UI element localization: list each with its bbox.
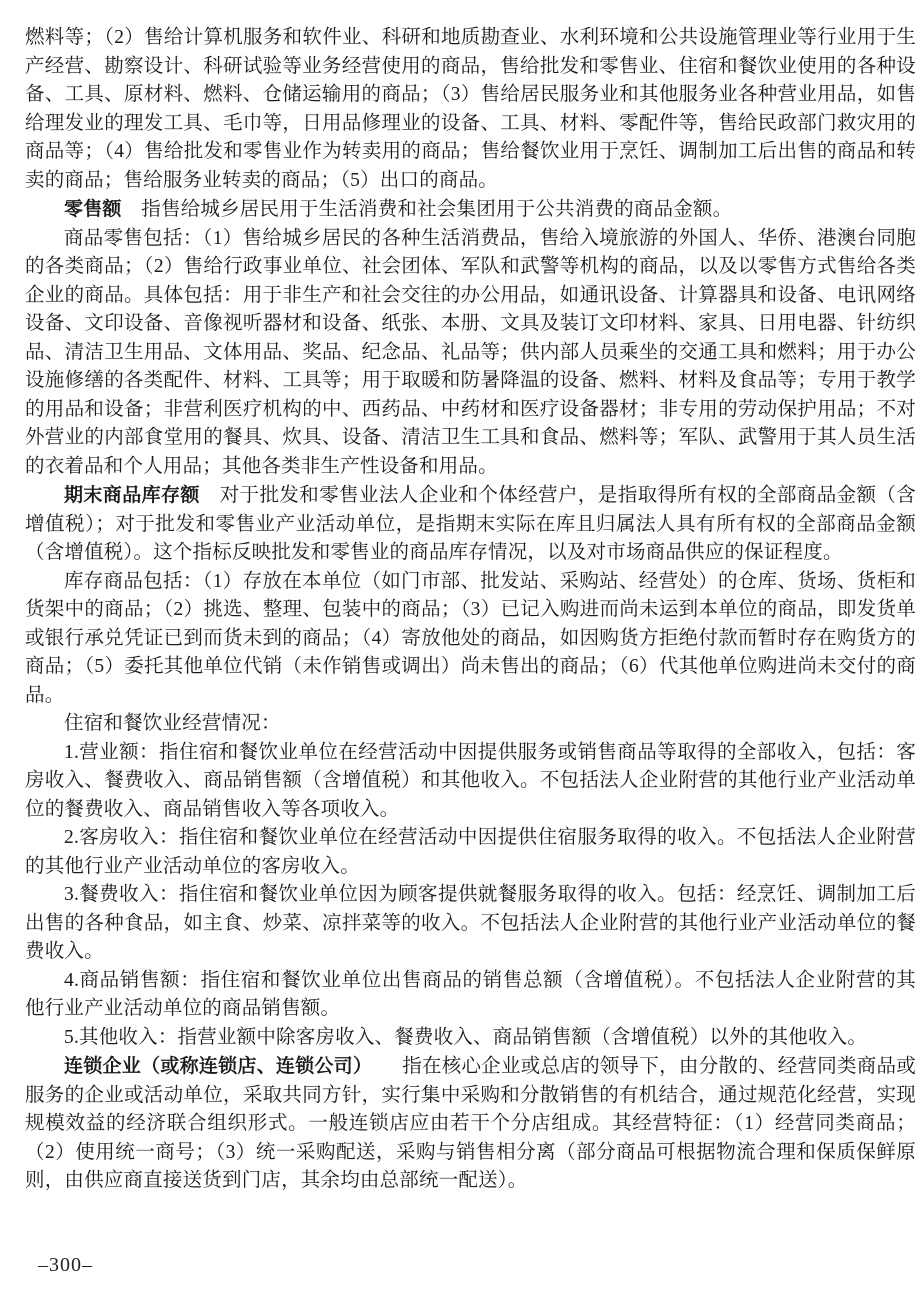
body-text: 商品零售包括：（1）售给城乡居民的各种生活消费品，售给入境旅游的外国人、华侨、港…: [25, 228, 916, 477]
page-number: –300–: [38, 1254, 93, 1277]
page-content: 燃料等；（2）售给计算机服务和软件业、科研和地质勘查业、水利环境和公共设施管理业…: [25, 24, 916, 1196]
body-text: 住宿和餐饮业经营情况：: [64, 713, 281, 734]
term-label: 期末商品库存额: [64, 484, 200, 506]
term-label: 连锁企业（或称连锁店、连锁公司）: [64, 1055, 363, 1077]
body-text: 燃料等；（2）售给计算机服务和软件业、科研和地质勘查业、水利环境和公共设施管理业…: [25, 27, 916, 191]
body-text: 5.其他收入：指营业额中除客房收入、餐费收入、商品销售额（含增值税）以外的其他收…: [64, 1027, 867, 1048]
body-text: 库存商品包括：（1）存放在本单位（如门市部、批发站、采购站、经营处）的仓库、货场…: [25, 571, 916, 706]
document-page: 燃料等；（2）售给计算机服务和软件业、科研和地质勘查业、水利环境和公共设施管理业…: [0, 0, 921, 1289]
body-text: 4.商品销售额：指住宿和餐饮业单位出售商品的销售总额（含增值税）。不包括法人企业…: [25, 970, 916, 1020]
body-text: 1.营业额：指住宿和餐饮业单位在经营活动中因提供服务或销售商品等取得的全部收入，…: [25, 742, 916, 820]
body-text: 2.客房收入：指住宿和餐饮业单位在经营活动中因提供住宿服务取得的收入。不包括法人…: [25, 827, 916, 877]
paragraph: 零售额 指售给城乡居民用于生活消费和社会集团用于公共消费的商品金额。: [25, 195, 916, 225]
term-label: 零售额: [64, 198, 122, 220]
body-text: 指售给城乡居民用于生活消费和社会集团用于公共消费的商品金额。: [122, 199, 733, 220]
paragraph: 4.商品销售额：指住宿和餐饮业单位出售商品的销售总额（含增值税）。不包括法人企业…: [25, 967, 916, 1024]
paragraph: 期末商品库存额 对于批发和零售业法人企业和个体经营户，是指取得所有权的全部商品金…: [25, 481, 916, 568]
paragraph: 1.营业额：指住宿和餐饮业单位在经营活动中因提供服务或销售商品等取得的全部收入，…: [25, 739, 916, 825]
paragraph: 住宿和餐饮业经营情况：: [25, 710, 916, 739]
paragraph: 商品零售包括：（1）售给城乡居民的各种生活消费品，售给入境旅游的外国人、华侨、港…: [25, 225, 916, 482]
paragraph: 3.餐费收入：指住宿和餐饮业单位因为顾客提供就餐服务取得的收入。包括：经烹饪、调…: [25, 881, 916, 967]
paragraph: 连锁企业（或称连锁店、连锁公司） 指在核心企业或总店的领导下，由分散的、经营同类…: [25, 1052, 916, 1196]
body-text: 3.餐费收入：指住宿和餐饮业单位因为顾客提供就餐服务取得的收入。包括：经烹饪、调…: [25, 884, 916, 962]
paragraph: 2.客房收入：指住宿和餐饮业单位在经营活动中因提供住宿服务取得的收入。不包括法人…: [25, 824, 916, 881]
paragraph: 燃料等；（2）售给计算机服务和软件业、科研和地质勘查业、水利环境和公共设施管理业…: [25, 24, 916, 195]
paragraph: 5.其他收入：指营业额中除客房收入、餐费收入、商品销售额（含增值税）以外的其他收…: [25, 1024, 916, 1053]
paragraph: 库存商品包括：（1）存放在本单位（如门市部、批发站、采购站、经营处）的仓库、货场…: [25, 568, 916, 711]
